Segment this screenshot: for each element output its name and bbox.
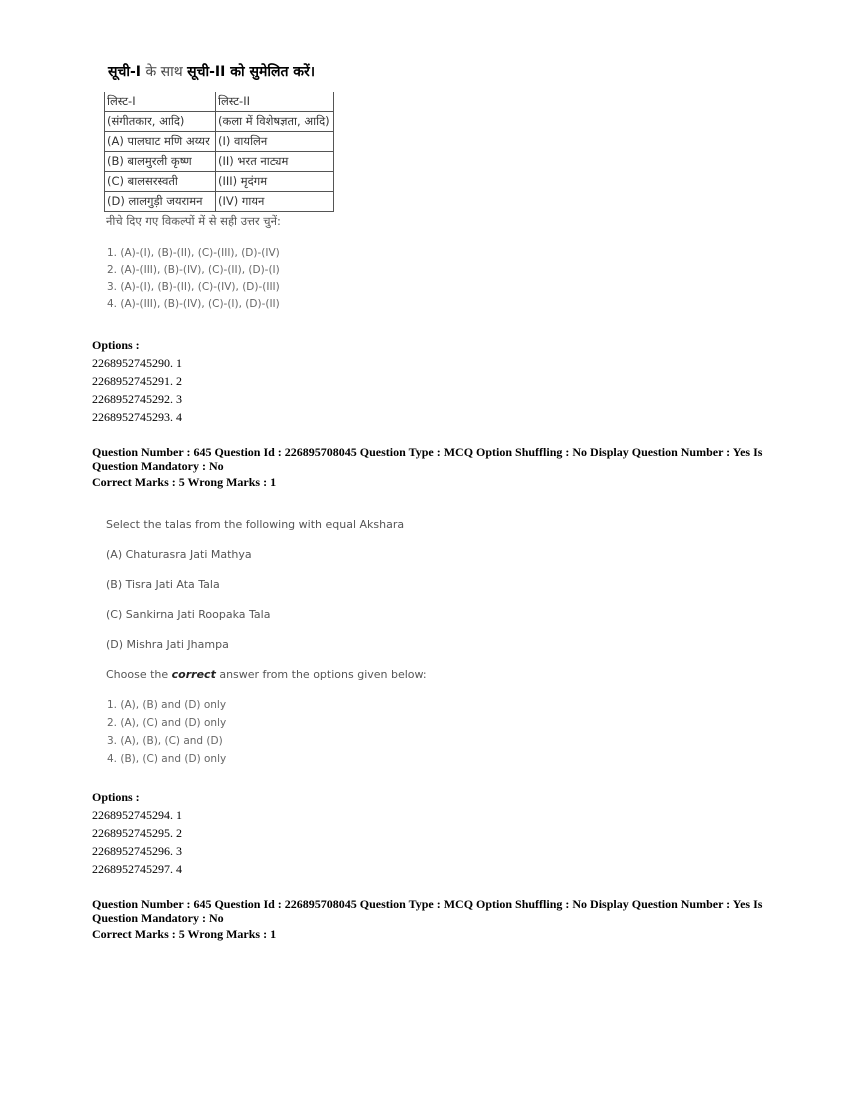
list-1-cell: लिस्ट-I: [105, 92, 216, 112]
list-1-cell: (D) लालगुड़ी जयरामन: [105, 192, 216, 212]
title-instruction: को सुमेलित करें।: [225, 64, 315, 80]
list-1-cell: (C) बालसरस्वती: [105, 172, 216, 192]
list-1-label: सूची-I: [108, 64, 141, 80]
list-2-cell: (III) मृदंगम: [216, 172, 334, 192]
question-marks: Correct Marks : 5 Wrong Marks : 1: [92, 927, 772, 941]
instruction-emphasis: correct: [172, 668, 216, 681]
choice-item: 3. (A), (B), (C) and (D): [107, 732, 226, 750]
list-1-cell: (A) पालघाट मणि अय्यर: [105, 132, 216, 152]
question-2-stem: Select the talas from the following with…: [106, 518, 404, 531]
question-meta-line: Question Number : 645 Question Id : 2268…: [92, 445, 772, 473]
list-2-cell: (कला में विशेषज्ञता, आदि): [216, 112, 334, 132]
question-marks: Correct Marks : 5 Wrong Marks : 1: [92, 475, 772, 489]
match-table-row: (D) लालगुड़ी जयरामन(IV) गायन: [105, 192, 334, 212]
option-item: 2268952745291. 2: [92, 372, 182, 390]
list-2-label: सूची-II: [187, 64, 225, 80]
option-item: 2268952745297. 4: [92, 860, 182, 878]
choice-item: 2. (A)-(III), (B)-(IV), (C)-(II), (D)-(I…: [107, 262, 280, 279]
choice-item: 4. (B), (C) and (D) only: [107, 750, 226, 768]
question-1-choices: 1. (A)-(I), (B)-(II), (C)-(III), (D)-(IV…: [107, 245, 280, 313]
title-connector: के साथ: [141, 64, 187, 80]
match-table: लिस्ट-Iलिस्ट-II(संगीतकार, आदि)(कला में व…: [104, 92, 334, 212]
question-meta-line: Question Number : 645 Question Id : 2268…: [92, 897, 772, 925]
match-table-row: (संगीतकार, आदि)(कला में विशेषज्ञता, आदि): [105, 112, 334, 132]
match-table-row: (C) बालसरस्वती(III) मृदंगम: [105, 172, 334, 192]
question-2-item-a: (A) Chaturasra Jati Mathya: [106, 548, 252, 561]
list-2-cell: (II) भरत नाट्यम: [216, 152, 334, 172]
option-item: 2268952745292. 3: [92, 390, 182, 408]
choice-item: 4. (A)-(III), (B)-(IV), (C)-(I), (D)-(II…: [107, 296, 280, 313]
match-table-row: (B) बालमुरली कृष्ण(II) भरत नाट्यम: [105, 152, 334, 172]
question-meta-2: Question Number : 645 Question Id : 2268…: [92, 897, 772, 941]
question-2-options: Options : 2268952745294. 1 2268952745295…: [92, 788, 182, 878]
list-1-cell: (B) बालमुरली कृष्ण: [105, 152, 216, 172]
choice-item: 2. (A), (C) and (D) only: [107, 714, 226, 732]
question-1-options: Options : 2268952745290. 1 2268952745291…: [92, 336, 182, 426]
option-item: 2268952745295. 2: [92, 824, 182, 842]
question-1-instruction: नीचे दिए गए विकल्पों में से सही उत्तर चु…: [106, 214, 281, 229]
option-item: 2268952745293. 4: [92, 408, 182, 426]
question-2-item-d: (D) Mishra Jati Jhampa: [106, 638, 229, 651]
list-1-cell: (संगीतकार, आदि): [105, 112, 216, 132]
question-2-choices: 1. (A), (B) and (D) only 2. (A), (C) and…: [107, 696, 226, 768]
instruction-prefix: Choose the: [106, 668, 172, 681]
list-2-cell: (I) वायलिन: [216, 132, 334, 152]
option-item: 2268952745296. 3: [92, 842, 182, 860]
option-item: 2268952745290. 1: [92, 354, 182, 372]
instruction-suffix: answer from the options given below:: [216, 668, 427, 681]
match-table-row: लिस्ट-Iलिस्ट-II: [105, 92, 334, 112]
question-meta-1: Question Number : 645 Question Id : 2268…: [92, 445, 772, 489]
question-2-item-b: (B) Tisra Jati Ata Tala: [106, 578, 220, 591]
question-2-instruction: Choose the correct answer from the optio…: [106, 668, 427, 681]
match-table-row: (A) पालघाट मणि अय्यर(I) वायलिन: [105, 132, 334, 152]
choice-item: 1. (A), (B) and (D) only: [107, 696, 226, 714]
options-label: Options :: [92, 788, 182, 806]
list-2-cell: (IV) गायन: [216, 192, 334, 212]
option-item: 2268952745294. 1: [92, 806, 182, 824]
list-2-cell: लिस्ट-II: [216, 92, 334, 112]
options-label: Options :: [92, 336, 182, 354]
question-1-title: सूची-I के साथ सूची-II को सुमेलित करें।: [108, 62, 315, 81]
choice-item: 3. (A)-(I), (B)-(II), (C)-(IV), (D)-(III…: [107, 279, 280, 296]
question-2-item-c: (C) Sankirna Jati Roopaka Tala: [106, 608, 270, 621]
choice-item: 1. (A)-(I), (B)-(II), (C)-(III), (D)-(IV…: [107, 245, 280, 262]
